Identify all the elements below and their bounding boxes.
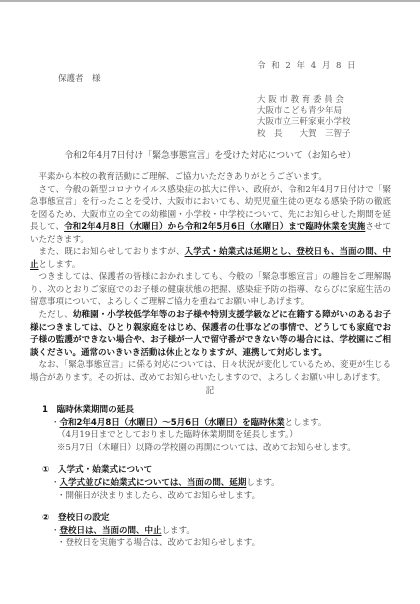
text-segment: （4月19日までとしておりました臨時休業期間を延長します。） [57,430,298,440]
paragraph-ceremony-postponed: また、既にお知らせしておりますが、入学式・始業式は延期とし、登校日も、当面の間、… [30,246,391,271]
text-segment: また、既にお知らせしておりますが、 [39,247,185,257]
text-segment: 令和2年4月8日（水曜日）～5月6日（水曜日）を臨時休業 [60,418,285,428]
section-line: （4月19日までとしておりました臨時休業期間を延長します。） [57,429,392,442]
document-page: 令 和 2 年 4 月 8 日 保護者 様 大 阪 市 教 育 委 員 会 大阪… [0,0,420,604]
text-segment: つきましては、保護者の皆様におかれましても、今般の「緊急事態宣言」の趣旨をご理解… [30,272,391,307]
document-title: 令和2年4月7日付け「緊急事態宣言」を受けた対応について（お知らせ） [0,150,420,163]
text-segment: とします。 [39,260,81,270]
text-segment: ※5月7日（木曜日）以降の学校園の再開については、改めてお知らせします。 [57,443,356,453]
paragraph-request-to-guardians: つきましては、保護者の皆様におかれましても、今般の「緊急事態宣言」の趣旨をご理解… [30,271,391,309]
recipient-line: 保護者 様 [58,73,101,86]
sender-school-name: 大阪市立三軒家東小学校 [257,117,351,128]
section-heading: ① 入学式・始業式について [42,464,392,477]
text-segment: します。 [162,526,195,536]
text-segment: 登校日は、当面の間、中止 [60,526,162,536]
paragraph-closure-announcement: さて、今般の新型コロナウイルス感染症の拡大に伴い、政府が、令和2年4月7日付けで… [30,184,391,247]
ki-marker: 記 [0,385,420,398]
notice-sections: 1 臨時休業期間の延長 ・令和2年4月8日（水曜日）～5月6日（水曜日）を臨時休… [42,404,392,560]
section-heading: 1 臨時休業期間の延長 [42,404,392,417]
text-segment: なお、「緊急事態宣言」に係る対応については、日々状況が変化しているため、変更が生… [30,360,391,383]
section-line: ・登校日を実施する場合は、改めてお知らせします。 [57,537,392,550]
text-segment: ・ [51,418,60,428]
document-date: 令 和 2 年 4 月 8 日 [257,60,357,73]
paragraph-exception-care: ただし、幼稚園・小学校低学年等のお子様や特別支援学級などに在籍する障がいのあるお… [30,309,391,359]
section-closure-extension: 1 臨時休業期間の延長 ・令和2年4月8日（水曜日）～5月6日（水曜日）を臨時休… [42,404,392,455]
sender-block: 大 阪 市 教 育 委 員 会 大阪市こども青少年局 大阪市立三軒家東小学校 校… [257,95,351,140]
section-school-attendance-days: ② 登校日の設定 ・登校日は、当面の間、中止します。 ・登校日を実施する場合は、… [42,512,392,550]
paragraph-subject-to-change: なお、「緊急事態宣言」に係る対応については、日々状況が変化しているため、変更が生… [30,359,391,384]
text-segment: とします。 [285,418,327,428]
text-segment: ・登校日を実施する場合は、改めてお知らせします。 [57,538,260,548]
sender-principal-name: 校 長 大賀 三智子 [257,129,351,140]
section-line: ・令和2年4月8日（水曜日）～5月6日（水曜日）を臨時休業とします。 [51,417,392,430]
sender-board-of-education: 大 阪 市 教 育 委 員 会 [257,95,351,106]
text-segment: ・ [51,478,60,488]
text-segment: ・開催日が決まりましたら、改めてお知らせします。 [57,491,260,501]
section-line: ※5月7日（木曜日）以降の学校園の再開については、改めてお知らせします。 [57,442,392,455]
text-segment: 令和2年4月8日（水曜日）から令和2年5月6日（水曜日）まで臨時休業を実施 [64,222,365,232]
text-segment: します。 [246,478,279,488]
section-line: ・開催日が決まりましたら、改めてお知らせします。 [57,490,392,503]
text-segment: 幼稚園・小学校低学年等のお子様や特別支援学級などに在籍する障がいのあるお子様につ… [30,310,391,358]
section-line: ・入学式並びに始業式については、当面の間、延期します。 [51,477,392,490]
text-segment: ・ [51,526,60,536]
sender-youth-bureau: 大阪市こども青少年局 [257,106,351,117]
text-segment: ただし、 [39,310,73,320]
section-entrance-ceremony: ① 入学式・始業式について ・入学式並びに始業式については、当面の間、延期します… [42,464,392,502]
paragraph-greeting: 平素から本校の教育活動にご理解、ご協力いただきありがとうございます。 [30,171,391,184]
section-heading: ② 登校日の設定 [42,512,392,525]
text-segment: 入学式並びに始業式については、当面の間、延期 [60,478,247,488]
body-text: 平素から本校の教育活動にご理解、ご協力いただきありがとうございます。 さて、今般… [30,171,391,384]
section-line: ・登校日は、当面の間、中止します。 [51,525,392,538]
text-segment: 平素から本校の教育活動にご理解、ご協力いただきありがとうございます。 [39,172,327,182]
